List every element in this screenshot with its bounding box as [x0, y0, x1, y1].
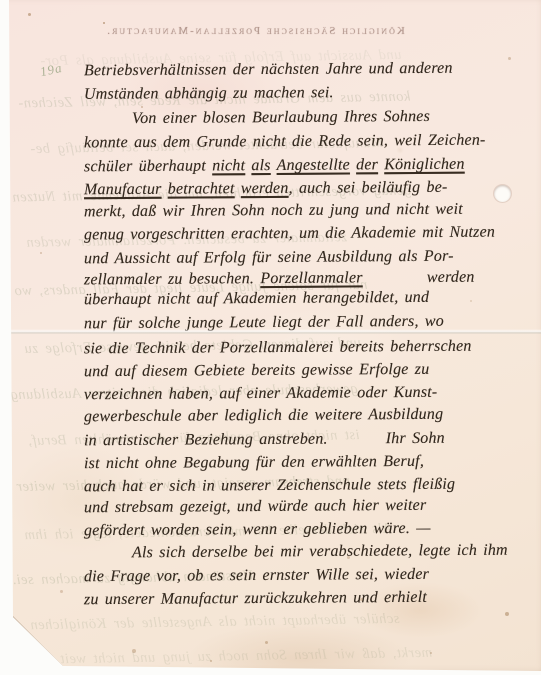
underlined-word: Manufactur [84, 181, 162, 199]
line-segment: merkt, daß wir Ihren Sohn noch zu jung u… [84, 201, 463, 221]
manuscript-line: zu unserer Manufactur zurückzukehren und… [84, 589, 427, 609]
line-segment: , auch sei beiläufig be- [288, 179, 447, 197]
manuscript-line: gewerbeschule aber lediglich die weitere… [84, 406, 443, 427]
manuscript-line: merkt, daß wir Ihren Sohn noch zu jung u… [84, 201, 463, 222]
manuscript-line: schüler überhaupt nicht als Angestellte … [84, 156, 465, 177]
manuscript-line: Als sich derselbe bei mir verabschiedete… [132, 542, 508, 563]
line-segment: Als sich derselbe bei mir verabschiedete… [132, 542, 508, 562]
underlined-word: betrachtet [168, 180, 235, 197]
manuscript-line: und strebsam gezeigt, und würde auch hie… [84, 497, 427, 517]
line-segment: ist nicht ohne Begabung für den erwählte… [84, 453, 424, 472]
underlined-word: Angestellte [277, 156, 350, 174]
line-segment: überhaupt nicht auf Akademien herangebil… [84, 289, 429, 308]
foxing-dot [265, 641, 268, 644]
punch-hole [494, 185, 511, 202]
manuscript-line: Betriebsverhältnissen der nächsten Jahre… [84, 60, 453, 81]
line-segment: konnte aus dem Grunde nicht die Rede sei… [84, 132, 486, 152]
manuscript-line: nur für solche junge Leute liegt der Fal… [84, 313, 444, 334]
underlined-word: der [356, 156, 378, 173]
line-segment: Betriebsverhältnissen der nächsten Jahre… [84, 60, 453, 80]
manuscript-line: gefördert worden sein, wenn er geblieben… [84, 520, 431, 540]
manuscript-line: die Frage vor, ob es sein ernster Wille … [84, 566, 429, 586]
corner-speck [12, 647, 22, 659]
line-segment: schüler überhaupt [84, 157, 212, 175]
line-segment: zellanmaler zu besuchen. [84, 270, 260, 288]
foxing-dot [141, 106, 143, 108]
foxing-dot [470, 300, 472, 302]
line-segment: zu unserer Manufactur zurückzukehren und… [84, 589, 427, 608]
line-segment: und Aussicht auf Erfolg für seine Ausbil… [84, 248, 454, 268]
underlined-word: Porzellanmaler [260, 269, 362, 287]
foxing-dot [132, 649, 136, 653]
scanned-letter: Königlich Sächsische Porzellan-Manufactu… [0, 0, 541, 675]
manuscript-line: Manufactur betrachtet werden, auch sei b… [84, 179, 448, 200]
line-segment: und auf diesem Gebiete bereits gewisse E… [84, 361, 429, 380]
line-segment: die Frage vor, ob es sein ernster Wille … [84, 566, 429, 585]
underlined-word: nicht [212, 157, 245, 174]
manuscript-line: und Aussicht auf Erfolg für seine Ausbil… [84, 248, 454, 269]
line-segment: genug vorgeschritten erachten, um die Ak… [84, 224, 495, 244]
line-segment: auch hat er sich in unserer Zeichenschul… [84, 476, 455, 496]
manuscript-line: ist nicht ohne Begabung für den erwählte… [84, 453, 424, 473]
foxing-dot [103, 22, 105, 24]
underlined-word: Königlichen [384, 156, 465, 174]
manuscript-line: Von einer blosen Beurlaubung Ihres Sohne… [132, 108, 430, 128]
foxing-dot [210, 660, 212, 662]
bleedthrough-line: merkt, daß wir Ihren Sohn noch zu jung u… [60, 645, 432, 668]
foxing-dot [505, 612, 509, 616]
archival-number: 19a [39, 60, 64, 80]
manuscript-line: genug vorgeschritten erachten, um die Ak… [84, 224, 495, 245]
foxing-dot [40, 252, 42, 254]
manuscript-line: konnte aus dem Grunde nicht die Rede sei… [84, 132, 486, 153]
line-segment: Von einer blosen Beurlaubung Ihres Sohne… [132, 108, 430, 127]
line-segment: Ihr Sohn [386, 430, 445, 447]
manuscript-line: und auf diesem Gebiete bereits gewisse E… [84, 361, 429, 381]
manuscript-line: auch hat er sich in unserer Zeichenschul… [84, 476, 455, 497]
letter-page: Königlich Sächsische Porzellan-Manufactu… [0, 0, 541, 675]
line-segment: verzeichnen haben, auf einer Akademie od… [84, 384, 438, 403]
manuscript-line: überhaupt nicht auf Akademien herangebil… [84, 289, 429, 309]
letterhead-text: Königlich Sächsische Porzellan-Manufactu… [105, 25, 405, 37]
foxing-dot [28, 13, 31, 16]
underlined-word: als [251, 157, 270, 174]
line-segment: Umständen abhängig zu machen sei. [84, 84, 334, 103]
foxing-dot [508, 57, 511, 60]
underlined-word: werden [241, 180, 289, 197]
bleedthrough-line: schüler überhaupt nicht als Angestellte … [30, 611, 400, 634]
folded-corner-crease [12, 616, 64, 668]
manuscript-line: in artistischer Beziehung anstreben.Ihr … [84, 430, 445, 451]
foxing-dot [60, 590, 63, 593]
manuscript-line: sie die Technik der Porzellanmalerei ber… [84, 338, 472, 359]
line-segment: gefördert worden sein, wenn er geblieben… [84, 520, 431, 539]
line-segment: und strebsam gezeigt, und würde auch hie… [84, 497, 427, 516]
line-segment: sie die Technik der Porzellanmalerei ber… [84, 338, 472, 358]
manuscript-line: verzeichnen haben, auf einer Akademie od… [84, 384, 438, 404]
manuscript-line: zellanmaler zu besuchen. Porzellanmaler … [84, 269, 475, 290]
foxing-dot [430, 652, 432, 654]
line-segment: gewerbeschule aber lediglich die weitere… [84, 406, 443, 426]
folded-corner [12, 611, 65, 667]
letterhead-bleedthrough: Königlich Sächsische Porzellan-Manufactu… [100, 25, 410, 37]
line-segment: nur für solche junge Leute liegt der Fal… [84, 313, 444, 333]
line-segment: in artistischer Beziehung anstreben. [84, 431, 328, 450]
manuscript-line: Umständen abhängig zu machen sei. [84, 84, 334, 104]
line-segment: werden [421, 269, 475, 286]
